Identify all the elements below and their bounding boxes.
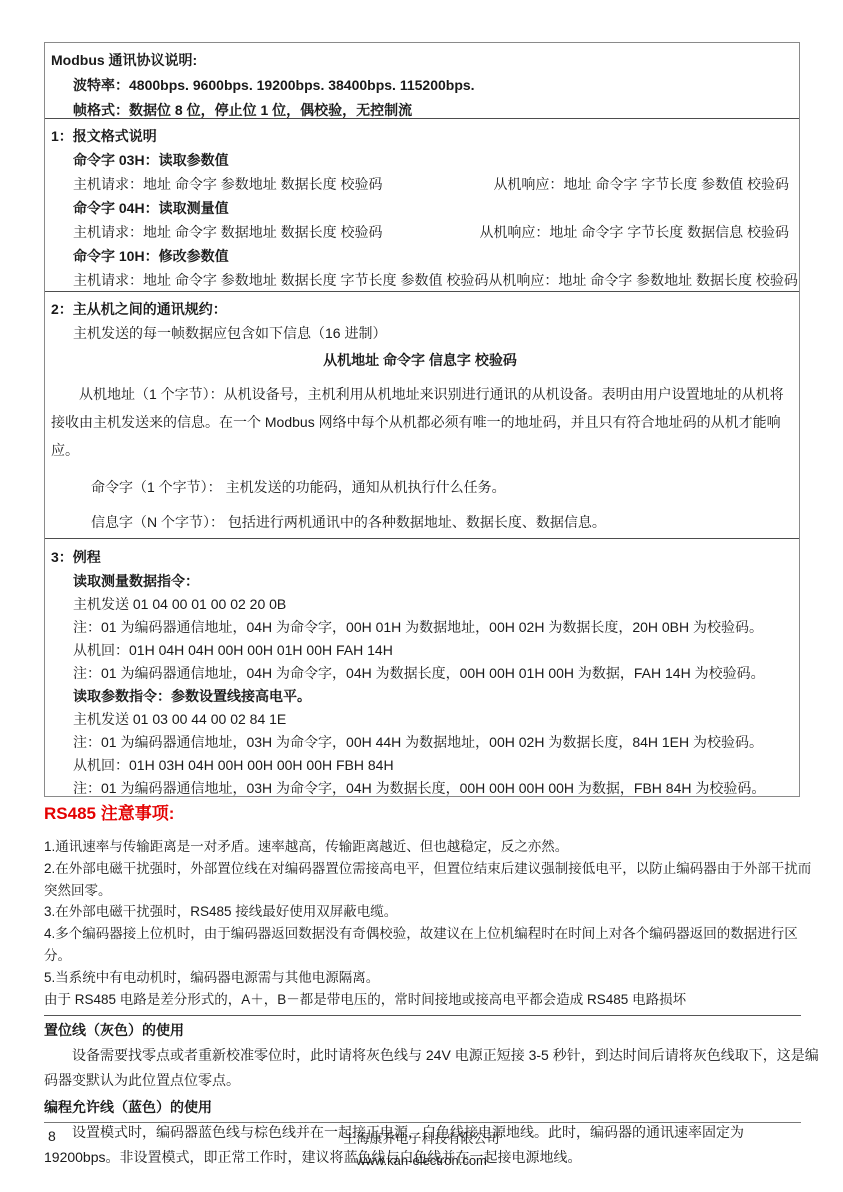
blue-wire-title: 编程允许线（蓝色）的使用 — [44, 1095, 822, 1120]
example1-host-send: 主机发送 01 04 00 01 00 02 20 0B — [73, 593, 789, 616]
gray-wire-title: 置位线（灰色）的使用 — [44, 1018, 822, 1043]
example2-title: 读取参数指令：参数设置线接高电平。 — [73, 685, 789, 708]
section2-title: 2：主从机之间的通讯规约： — [51, 297, 789, 321]
gray-wire-body: 设备需要找零点或者重新校准零位时，此时请将灰色线与 24V 电源正短接 3-5 … — [44, 1043, 822, 1093]
document-page: Modbus 通讯协议说明: 波特率：4800bps. 9600bps. 192… — [0, 0, 843, 1192]
section-examples: 3：例程 读取测量数据指令： 主机发送 01 04 00 01 00 02 20… — [45, 538, 799, 796]
frame-format-line: 帧格式：数据位 8 位，停止位 1 位，偶校验，无控制流 — [73, 98, 789, 118]
section-communication-rules: 2：主从机之间的通讯规约： 主机发送的每一帧数据应包含如下信息（16 进制） 从… — [45, 291, 799, 538]
example2-host-send: 主机发送 01 03 00 44 00 02 84 1E — [73, 708, 789, 731]
rs485-note-5: 5.当系统中有电动机时，编码器电源需与其他电源隔离。 — [44, 967, 822, 989]
example2-note2: 注：01 为编码器通信地址，03H 为命令字，04H 为数据长度，00H 00H… — [73, 777, 789, 796]
modbus-protocol-box: Modbus 通讯协议说明: 波特率：4800bps. 9600bps. 192… — [44, 42, 800, 797]
command-03h-name: 命令字 03H：读取参数值 — [73, 148, 789, 172]
command-10h-name: 命令字 10H：修改参数值 — [73, 244, 789, 268]
command-04h-request: 主机请求：地址 命令字 数据地址 数据长度 校验码 — [73, 220, 383, 244]
section-protocol-intro: Modbus 通讯协议说明: 波特率：4800bps. 9600bps. 192… — [45, 43, 799, 118]
example1-note2: 注：01 为编码器通信地址，04H 为命令字，04H 为数据长度，00H 00H… — [73, 662, 789, 685]
website-url: www.kan-electron.com — [0, 1150, 843, 1172]
command-04h-response: 从机响应：地址 命令字 字节长度 数据信息 校验码 — [479, 220, 789, 244]
command-03h-request: 主机请求：地址 命令字 参数地址 数据长度 校验码 — [73, 172, 383, 196]
command-03h-response: 从机响应：地址 命令字 字节长度 参数值 校验码 — [493, 172, 789, 196]
info-word-definition: 信息字（N 个字节）： 包括进行两机通讯中的各种数据地址、数据长度、数据信息。 — [91, 511, 789, 534]
example1-title: 读取测量数据指令： — [73, 570, 789, 593]
section2-intro: 主机发送的每一帧数据应包含如下信息（16 进制） — [73, 321, 789, 345]
section1-title: 1：报文格式说明 — [51, 124, 789, 148]
command-03h-frames: 主机请求：地址 命令字 参数地址 数据长度 校验码 从机响应：地址 命令字 字节… — [73, 172, 789, 196]
rs485-note-3: 3.在外部电磁干扰强时，RS485 接线最好使用双屏蔽电缆。 — [44, 901, 822, 923]
command-10h-request: 主机请求：地址 命令字 参数地址 数据长度 字节长度 参数值 校验码 — [73, 268, 488, 291]
modbus-title: Modbus 通讯协议说明: — [51, 48, 789, 73]
rs485-note-4: 4.多个编码器接上位机时，由于编码器返回数据没有奇偶校验，故建议在上位机编程时在… — [44, 923, 822, 967]
example1-note1: 注：01 为编码器通信地址，04H 为命令字，00H 01H 为数据地址，00H… — [73, 616, 789, 639]
frame-fields-line: 从机地址 命令字 信息字 校验码 — [51, 345, 789, 375]
command-word-definition: 命令字（1 个字节）： 主机发送的功能码，通知从机执行什么任务。 — [91, 476, 789, 499]
baud-rate-line: 波特率：4800bps. 9600bps. 19200bps. 38400bps… — [73, 73, 789, 98]
section3-title: 3：例程 — [51, 544, 789, 570]
rs485-note-1: 1.通讯速率与传输距离是一对矛盾。速率越高，传输距离越近、但也越稳定，反之亦然。 — [44, 836, 822, 858]
footer-divider — [44, 1122, 801, 1123]
command-10h-response: 从机响应：地址 命令字 参数地址 数据长度 校验码 — [488, 268, 798, 291]
footer: 上海康乔电子科技有限公司 www.kan-electron.com — [0, 1128, 843, 1172]
command-04h-name: 命令字 04H：读取测量值 — [73, 196, 789, 220]
notes-area: RS485 注意事项: 1.通讯速率与传输距离是一对矛盾。速率越高，传输距离越近… — [44, 803, 822, 1170]
slave-address-definition: 从机地址（1 个字节）：从机设备号，主机利用从机地址来识别进行通讯的从机设备。表… — [51, 380, 789, 464]
rs485-note-2: 2.在外部电磁干扰强时，外部置位线在对编码器置位需接高电平，但置位结束后建议强制… — [44, 858, 822, 902]
section-message-format: 1：报文格式说明 命令字 03H：读取参数值 主机请求：地址 命令字 参数地址 … — [45, 118, 799, 291]
example2-note1: 注：01 为编码器通信地址，03H 为命令字，00H 44H 为数据地址，00H… — [73, 731, 789, 754]
example2-slave-reply: 从机回：01H 03H 04H 00H 00H 00H 00H FBH 84H — [73, 754, 789, 777]
company-name: 上海康乔电子科技有限公司 — [0, 1128, 843, 1150]
command-04h-frames: 主机请求：地址 命令字 数据地址 数据长度 校验码 从机响应：地址 命令字 字节… — [73, 220, 789, 244]
command-10h-frames: 主机请求：地址 命令字 参数地址 数据长度 字节长度 参数值 校验码 从机响应：… — [73, 268, 789, 291]
example1-slave-reply: 从机回：01H 04H 04H 00H 00H 01H 00H FAH 14H — [73, 639, 789, 662]
section-divider — [44, 1015, 801, 1016]
rs485-notes-title: RS485 注意事项: — [44, 803, 822, 825]
rs485-note-voltage: 由于 RS485 电路是差分形式的，A＋，B－都是带电压的，常时间接地或接高电平… — [44, 989, 822, 1011]
